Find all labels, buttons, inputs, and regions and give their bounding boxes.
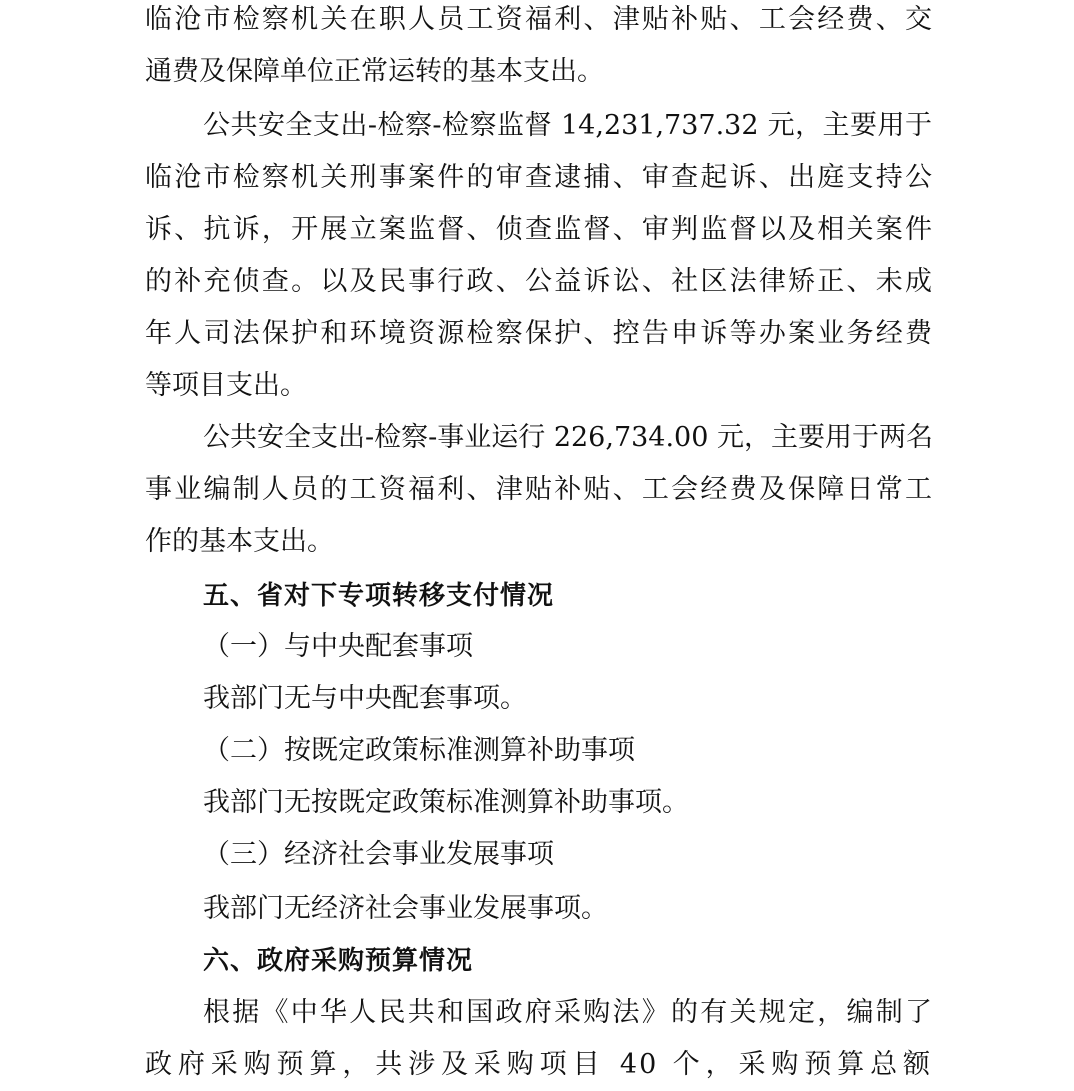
section-heading-5: 五、省对下专项转移支付情况: [203, 570, 932, 622]
body-line: 作的基本支出。: [145, 516, 932, 568]
body-line: 我部门无按既定政策标准测算补助事项。: [203, 777, 932, 829]
body-line: 政府采购预算，共涉及采购项目 40 个，采购预算总额: [145, 1039, 932, 1091]
body-line-indented: 公共安全支出-检察-事业运行 226,734.00 元，主要用于两名: [203, 412, 932, 464]
body-line: 等项目支出。: [145, 360, 932, 412]
body-line: 通费及保障单位正常运转的基本支出。: [145, 46, 932, 98]
body-line-indented: 公共安全支出-检察-检察监督 14,231,737.32 元，主要用于: [203, 100, 932, 152]
body-line: 年人司法保护和环境资源检察保护、控告申诉等办案业务经费: [145, 308, 932, 360]
body-line: 的补充侦查。以及民事行政、公益诉讼、社区法律矫正、未成: [145, 256, 932, 308]
body-line-indented: 根据《中华人民共和国政府采购法》的有关规定，编制了: [203, 987, 932, 1039]
body-line: 诉、抗诉，开展立案监督、侦查监督、审判监督以及相关案件: [145, 204, 932, 256]
document-page: 临沧市检察机关在职人员工资福利、津贴补贴、工会经费、交 通费及保障单位正常运转的…: [0, 0, 1074, 1091]
subsection-heading-3: （三）经济社会事业发展事项: [203, 829, 932, 881]
body-line: 临沧市检察机关在职人员工资福利、津贴补贴、工会经费、交: [145, 0, 932, 46]
body-line: 临沧市检察机关刑事案件的审查逮捕、审查起诉、出庭支持公: [145, 152, 932, 204]
subsection-heading-2: （二）按既定政策标准测算补助事项: [203, 725, 932, 777]
subsection-heading-1: （一）与中央配套事项: [203, 621, 932, 673]
body-line: 事业编制人员的工资福利、津贴补贴、工会经费及保障日常工: [145, 464, 932, 516]
section-heading-6: 六、政府采购预算情况: [203, 935, 932, 987]
body-line: 我部门无与中央配套事项。: [203, 673, 932, 725]
body-line: 我部门无经济社会事业发展事项。: [203, 883, 932, 935]
